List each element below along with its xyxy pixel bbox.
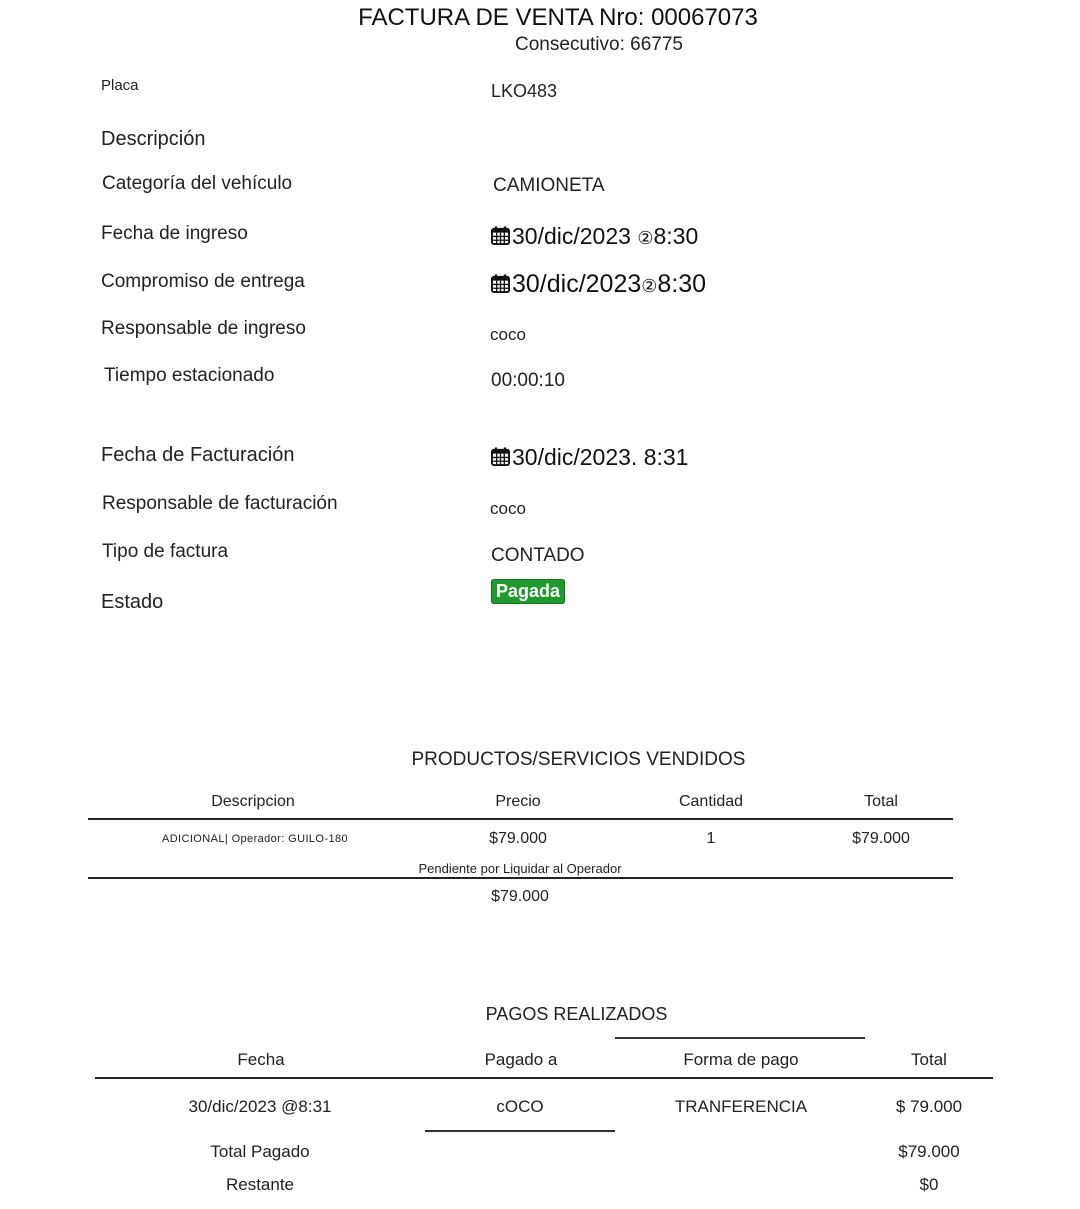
invoice-consecutive: Consecutivo: 66775 (0, 34, 1080, 56)
fecha-ingreso-date: 30/dic/2023 (512, 223, 637, 249)
descripcion-label: Descripción (101, 128, 205, 151)
estado-label: Estado (101, 591, 163, 614)
status-badge: Pagada (491, 579, 565, 604)
categoria-label: Categoría del vehículo (102, 173, 292, 195)
tiempo-estacionado-label: Tiempo estacionado (104, 365, 274, 387)
pago-fecha: 30/dic/2023 @8:31 (160, 1097, 360, 1117)
pago-forma-pago: TRANFERENCIA (641, 1097, 841, 1117)
total-pagado-label: Total Pagado (160, 1142, 360, 1162)
invoice-title: FACTURA DE VENTA Nro: 00067073 (0, 4, 1080, 32)
estado-value: Pagada (491, 581, 565, 602)
calendar-icon (491, 226, 510, 245)
restante-value: $0 (869, 1175, 989, 1195)
compromiso-entrega-value: 30/dic/2023②8:30 (491, 270, 706, 299)
productos-subtotal: $79.000 (460, 888, 580, 906)
restante-label: Restante (160, 1175, 360, 1195)
clock-icon: ② (641, 276, 657, 296)
pago-pagado-a: cOCO (460, 1097, 580, 1117)
pagos-col-total: Total (869, 1050, 989, 1070)
placa-label: Placa (101, 77, 139, 94)
responsable-facturacion-value: coco (490, 499, 526, 519)
decorative-rule (615, 1037, 865, 1039)
productos-col-descripcion: Descripcion (153, 793, 353, 811)
responsable-facturacion-label: Responsable de facturación (102, 493, 338, 515)
table-divider (88, 877, 953, 879)
fecha-ingreso-time: 8:30 (653, 223, 698, 249)
placa-value: LKO483 (491, 81, 557, 102)
categoria-value: CAMIONETA (493, 175, 605, 197)
fecha-ingreso-label: Fecha de ingreso (101, 223, 248, 245)
pagos-section-title: PAGOS REALIZADOS (0, 1004, 1080, 1025)
fecha-facturacion-value: 30/dic/2023. 8:31 (491, 444, 688, 471)
responsable-ingreso-label: Responsable de ingreso (101, 318, 306, 340)
table-divider (95, 1077, 993, 1079)
tipo-factura-value: CONTADO (491, 545, 585, 567)
pago-total: $ 79.000 (869, 1097, 989, 1117)
productos-section-title: PRODUCTOS/SERVICIOS VENDIDOS (0, 749, 1080, 771)
tipo-factura-label: Tipo de factura (102, 541, 228, 563)
fecha-ingreso-value: 30/dic/2023 ②8:30 (491, 223, 698, 250)
productos-col-precio: Precio (458, 793, 578, 811)
productos-col-total: Total (821, 793, 941, 811)
total-pagado-value: $79.000 (869, 1142, 989, 1162)
producto-descripcion: ADICIONAL| Operador: GUILO-180 (135, 833, 375, 845)
producto-cantidad: 1 (651, 830, 771, 848)
responsable-ingreso-value: coco (490, 325, 526, 345)
pagos-col-forma-pago: Forma de pago (661, 1050, 821, 1070)
fecha-facturacion-datetime: 30/dic/2023. 8:31 (512, 444, 688, 470)
productos-col-cantidad: Cantidad (651, 793, 771, 811)
calendar-icon (491, 447, 510, 466)
decorative-rule (425, 1130, 615, 1132)
fecha-facturacion-label: Fecha de Facturación (101, 444, 294, 467)
pagos-col-pagado-a: Pagado a (441, 1050, 601, 1070)
compromiso-entrega-label: Compromiso de entrega (101, 271, 305, 293)
producto-total: $79.000 (821, 830, 941, 848)
compromiso-entrega-date: 30/dic/2023 (512, 270, 641, 298)
table-divider (88, 818, 953, 820)
tiempo-estacionado-value: 00:00:10 (491, 370, 565, 392)
pagos-col-fecha: Fecha (181, 1050, 341, 1070)
clock-icon: ② (637, 228, 653, 248)
compromiso-entrega-time: 8:30 (657, 270, 706, 298)
producto-precio: $79.000 (458, 830, 578, 848)
calendar-icon (491, 274, 510, 293)
pendiente-note: Pendiente por Liquidar al Operador (370, 861, 670, 876)
